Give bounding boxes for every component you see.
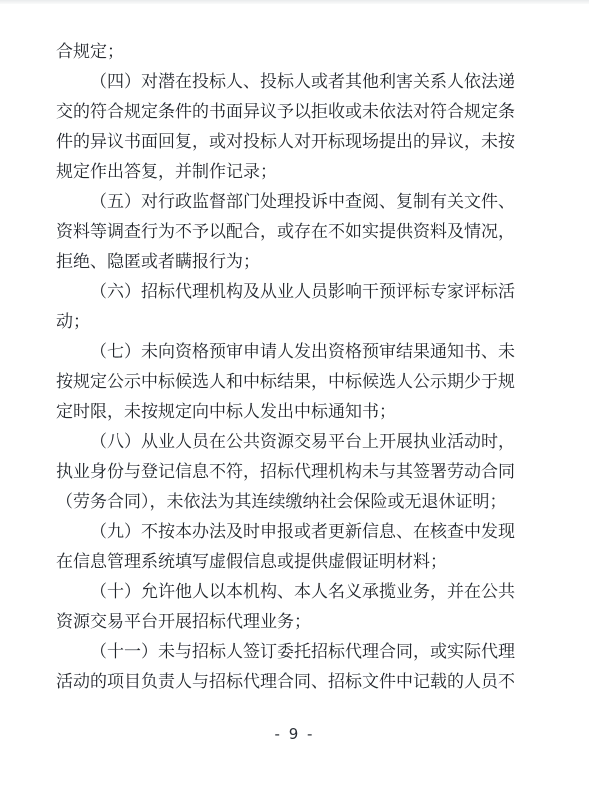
page-top-edge xyxy=(0,0,589,4)
clause-7: （七）未向资格预审申请人发出资格预审结果通知书、未按规定公示中标候选人和中标结果… xyxy=(56,337,515,427)
document-body: 合规定； （四）对潜在投标人、投标人或者其他利害关系人依法递交的符合规定条件的书… xyxy=(56,37,515,697)
clause-5: （五）对行政监督部门处理投诉中查阅、复制有关文件、资料等调查行为不予以配合，或存… xyxy=(56,187,515,277)
clause-8: （八）从业人员在公共资源交易平台上开展执业活动时，执业身份与登记信息不符，招标代… xyxy=(56,427,515,517)
document-page: 合规定； （四）对潜在投标人、投标人或者其他利害关系人依法递交的符合规定条件的书… xyxy=(0,0,589,796)
clause-6: （六）招标代理机构及从业人员影响干预评标专家评标活动； xyxy=(56,277,515,337)
page-number: - 9 - xyxy=(0,724,589,744)
clause-9: （九）不按本办法及时申报或者更新信息、在核查中发现在信息管理系统填写虚假信息或提… xyxy=(56,517,515,577)
clause-continuation: 合规定； xyxy=(56,37,515,67)
clause-4: （四）对潜在投标人、投标人或者其他利害关系人依法递交的符合规定条件的书面异议予以… xyxy=(56,67,515,187)
clause-10: （十）允许他人以本机构、本人名义承揽业务，并在公共资源交易平台开展招标代理业务； xyxy=(56,577,515,637)
clause-11: （十一）未与招标人签订委托招标代理合同，或实际代理活动的项目负责人与招标代理合同… xyxy=(56,637,515,697)
